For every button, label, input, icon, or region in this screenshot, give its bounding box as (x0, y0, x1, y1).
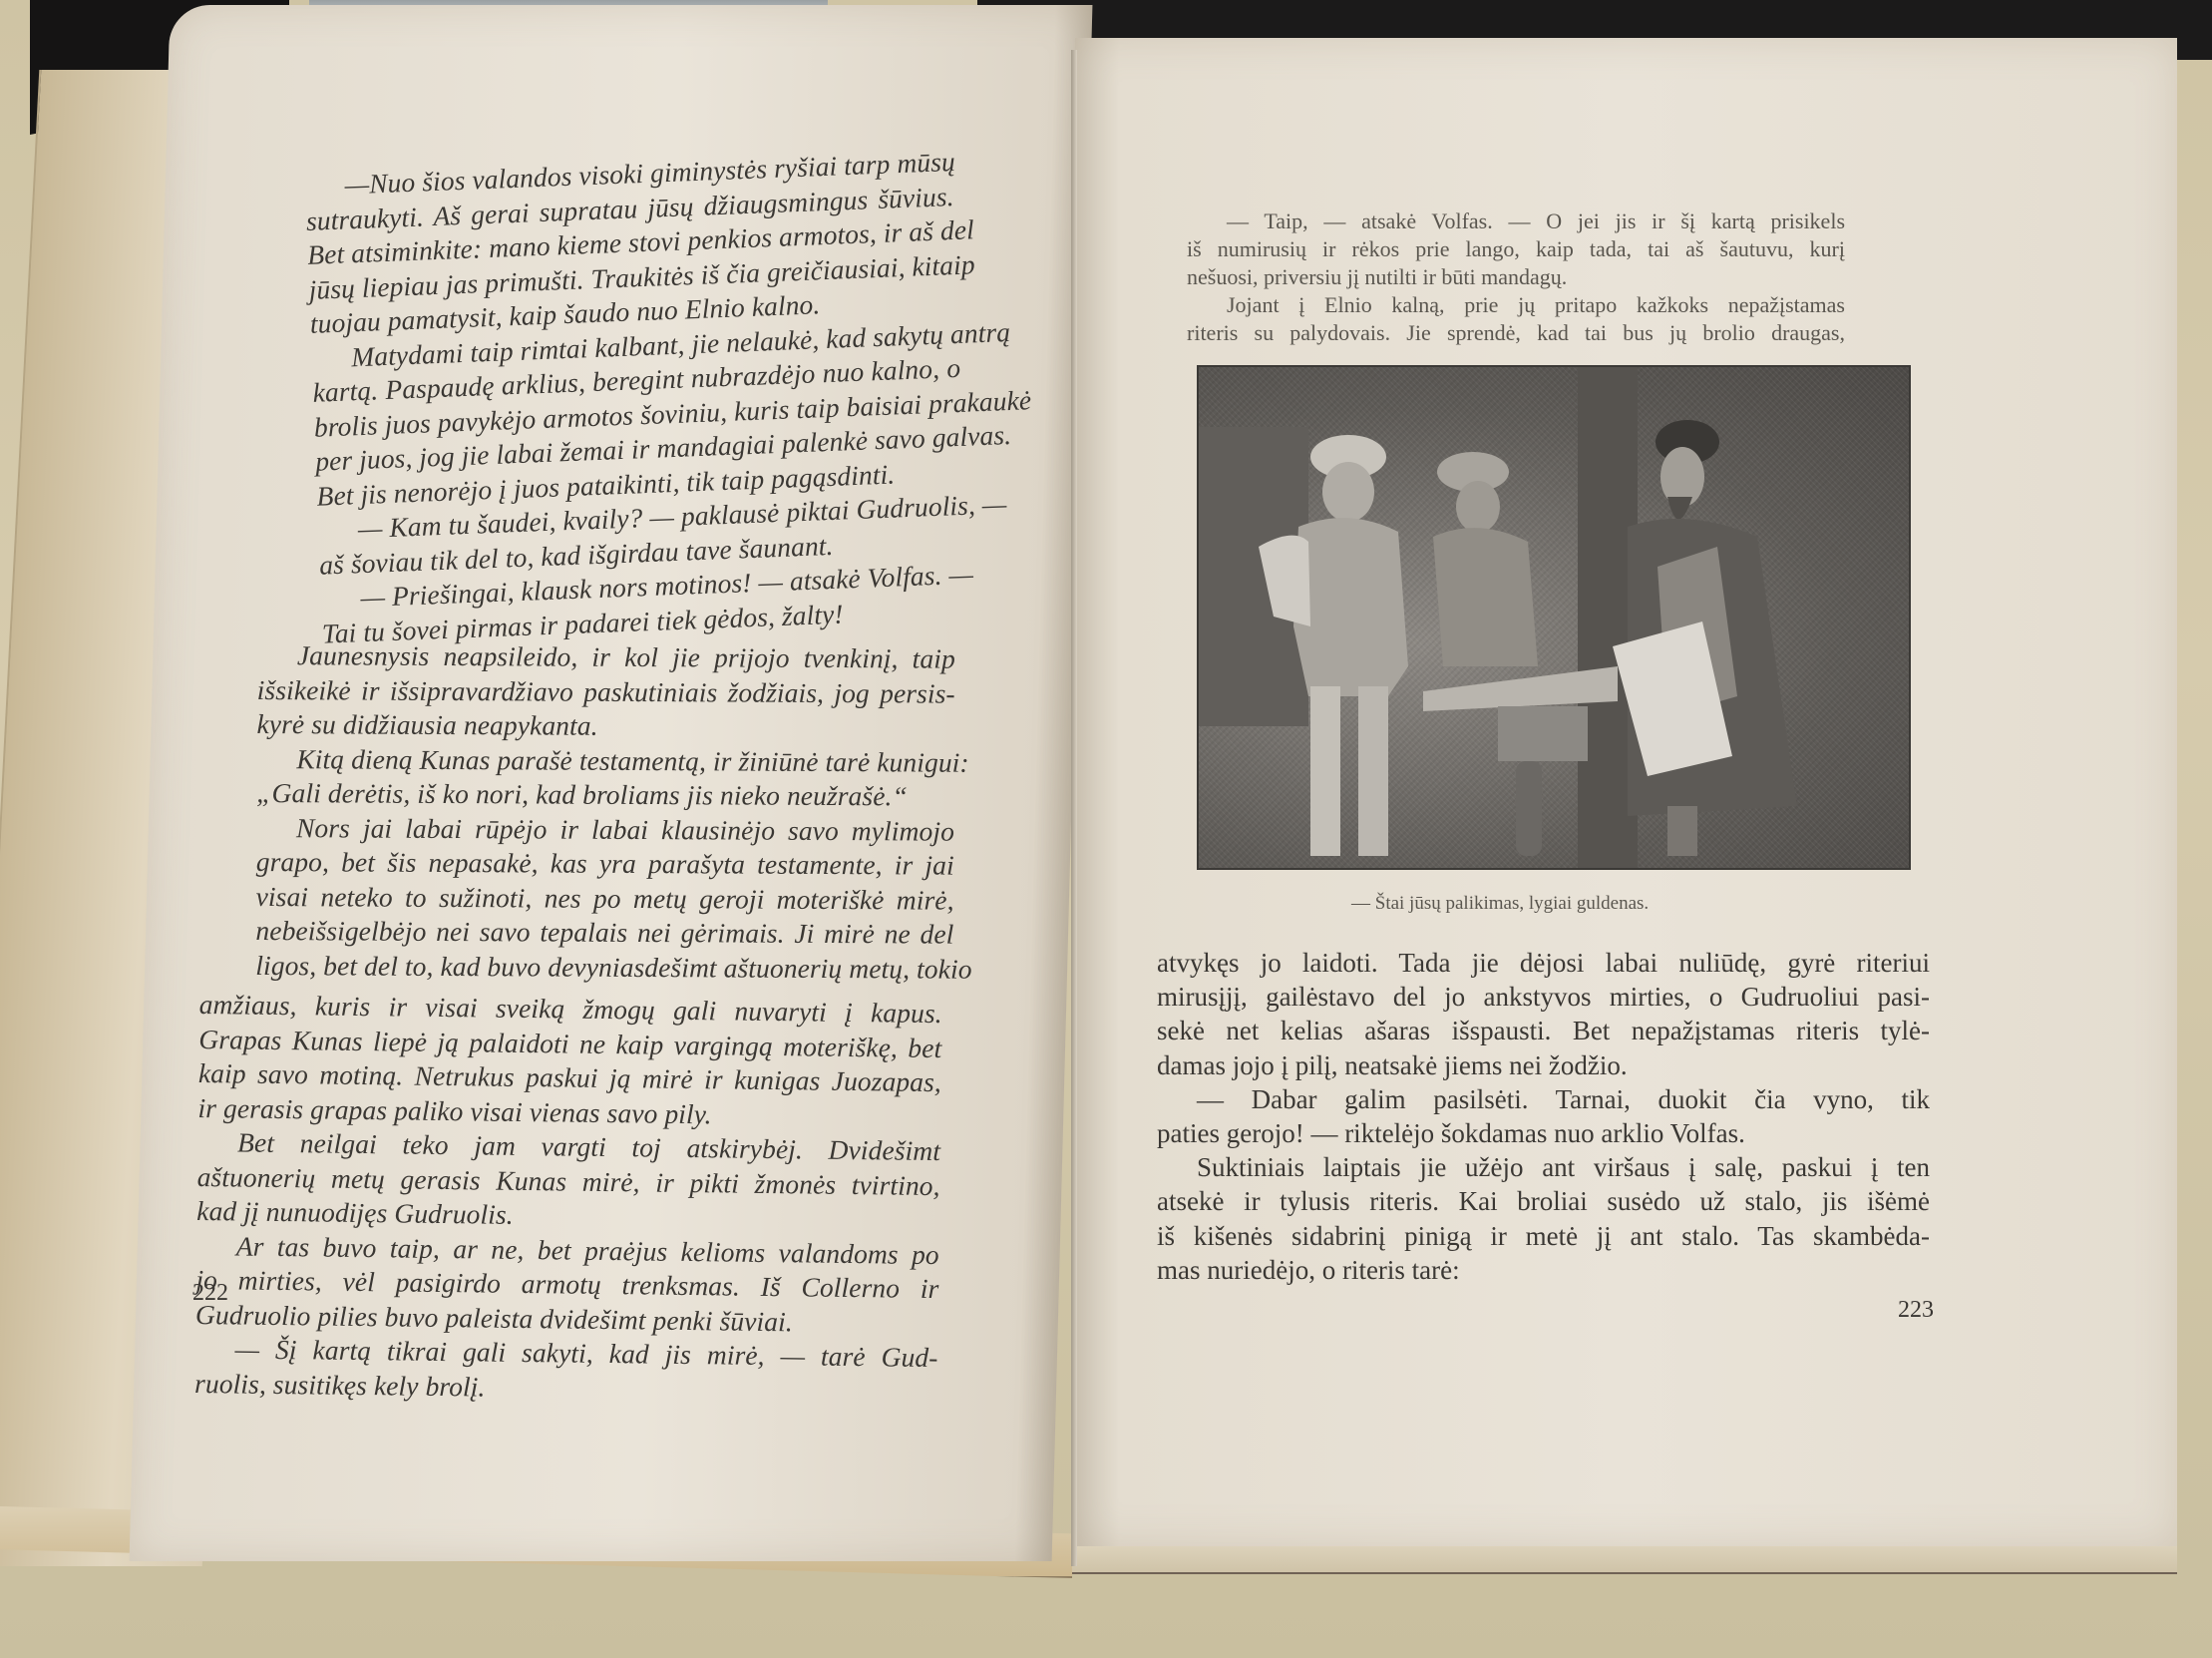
page-number-right: 223 (1898, 1297, 1934, 1324)
page-number-left: 222 (192, 1280, 228, 1307)
text-line: „Gali derėtis, iš ko nori, kad broliams … (256, 776, 954, 814)
right-page-text-top: — Taip, — atsakė Volfas. — O jei jis ir … (1187, 207, 1845, 347)
left-page-text-middle: Jaunesnysis neapsileido, ir kol jie prij… (255, 638, 955, 987)
text-line: ligos, bet del to, kad buvo devyniasdeši… (255, 948, 953, 986)
left-page-text-lower: amžiaus, kuris ir visai sveiką žmogų gal… (194, 988, 942, 1410)
text-line: sekė net kelias ašaras išspausti. Bet ne… (1157, 1014, 1930, 1047)
text-line: Kitą dieną Kunas parašė testamentą, ir ž… (256, 741, 954, 779)
text-line: — Dabar galim pasilsėti. Tarnai, duokit … (1157, 1082, 1930, 1116)
left-page-text-upper: —Nuo šios valandos visoki giminystės ryš… (304, 145, 970, 651)
text-line: — Taip, — atsakė Volfas. — O jei jis ir … (1187, 207, 1845, 235)
text-line: mirusįjį, gailėstavo del jo ankstyvos mi… (1157, 980, 1930, 1014)
text-line: grapo, bet šis nepasakė, kas yra parašyt… (256, 845, 954, 883)
text-line: iš numirusių ir rėkos prie lango, kaip t… (1187, 235, 1845, 263)
text-line: damas jojo į pilį, neatsakė jiems nei žo… (1157, 1048, 1930, 1082)
engraving-illustration (1197, 365, 1911, 870)
illustration-caption: — Štai jūsų palikimas, lygiai guldenas. (1351, 893, 1649, 915)
text-line: iš kišenės sidabrinį pinigą ir metė jį a… (1157, 1219, 1930, 1253)
right-page-text-bottom: atvykęs jo laidoti. Tada jie dėjosi laba… (1157, 946, 1930, 1287)
text-line: nešuosi, priversiu jį nutilti ir būti ma… (1187, 263, 1845, 291)
text-line: atsekė ir tylusis riteris. Kai broliai s… (1157, 1184, 1930, 1218)
text-line: nebeišsigelbėjo nei savo tepalais nei gė… (255, 914, 953, 952)
text-line: kyrė su didžiausia neapykanta. (256, 707, 954, 745)
text-line: Suktiniais laiptais jie užėjo ant viršau… (1157, 1150, 1930, 1184)
text-line: riteris su palydovais. Jie sprendė, kad … (1187, 319, 1845, 347)
text-line: visai neteko to sužinoti, nes po metų ge… (256, 879, 954, 917)
text-line: paties gerojo! — riktelėjo šokdamas nuo … (1157, 1116, 1930, 1150)
text-line: mas nuriedėjo, o riteris tarė: (1157, 1253, 1930, 1287)
text-line: išsikeikė ir išsipravardžiavo paskutinia… (257, 672, 955, 710)
text-line: atvykęs jo laidoti. Tada jie dėjosi laba… (1157, 946, 1930, 980)
book-gutter (1071, 50, 1077, 1566)
text-line: Jaunesnysis neapsileido, ir kol jie prij… (257, 638, 955, 676)
text-line: Nors jai labai rūpėjo ir labai klausinėj… (256, 810, 954, 848)
text-line: Jojant į Elnio kalną, prie jų pritapo ka… (1187, 291, 1845, 319)
illustration-figures-icon (1199, 367, 1909, 868)
page-stack-bottom-right (1072, 1544, 2177, 1574)
